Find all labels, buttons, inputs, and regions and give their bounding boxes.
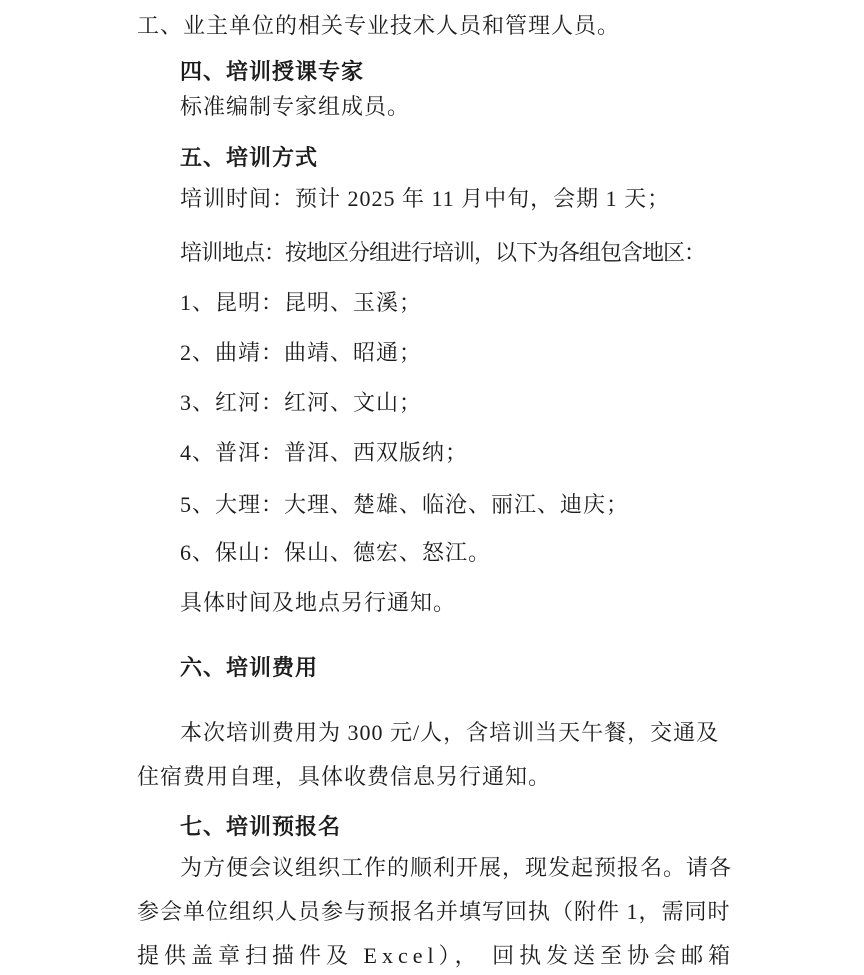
para-preregistration-line-1: 为方便会议组织工作的顺利开展，现发起预报名。请各 (137, 853, 734, 883)
list-item-group-6-baoshan: 6、保山：保山、德宏、怒江。 (137, 538, 734, 568)
para-fee-line-1: 本次培训费用为 300 元/人，含培训当天午餐，交通及 (137, 718, 734, 748)
para-expert-group-members: 标准编制专家组成员。 (137, 92, 734, 122)
heading-section-6-training-fee: 六、培训费用 (137, 653, 734, 683)
document-page: 工、业主单位的相关专业技术人员和管理人员。 四、培训授课专家 标准编制专家组成员… (0, 0, 864, 975)
para-preregistration-line-3: 提供盖章扫描件及 Excel）， 回执发送至协会邮箱 (137, 941, 734, 971)
list-item-group-5-dali: 5、大理：大理、楚雄、临沧、丽江、迪庆； (137, 490, 734, 520)
list-item-group-3-honghe: 3、红河：红河、文山； (137, 388, 734, 418)
para-training-location: 培训地点：按地区分组进行培训，以下为各组包含地区： (137, 238, 734, 268)
para-attendees-continuation: 工、业主单位的相关专业技术人员和管理人员。 (137, 11, 734, 41)
para-time-location-notice: 具体时间及地点另行通知。 (137, 588, 734, 618)
list-item-group-4-puer: 4、普洱：普洱、西双版纳； (137, 438, 734, 468)
para-fee-line-2: 住宿费用自理，具体收费信息另行通知。 (137, 762, 734, 792)
para-preregistration-line-2: 参会单位组织人员参与预报名并填写回执（附件 1，需同时 (137, 897, 734, 927)
para-training-time: 培训时间：预计 2025 年 11 月中旬，会期 1 天； (137, 184, 734, 214)
heading-section-7-preregistration: 七、培训预报名 (137, 812, 734, 842)
heading-section-4-training-lecturers: 四、培训授课专家 (137, 57, 734, 87)
heading-section-5-training-method: 五、培训方式 (137, 143, 734, 173)
list-item-group-1-kunming: 1、昆明：昆明、玉溪； (137, 288, 734, 318)
list-item-group-2-qujing: 2、曲靖：曲靖、昭通； (137, 338, 734, 368)
